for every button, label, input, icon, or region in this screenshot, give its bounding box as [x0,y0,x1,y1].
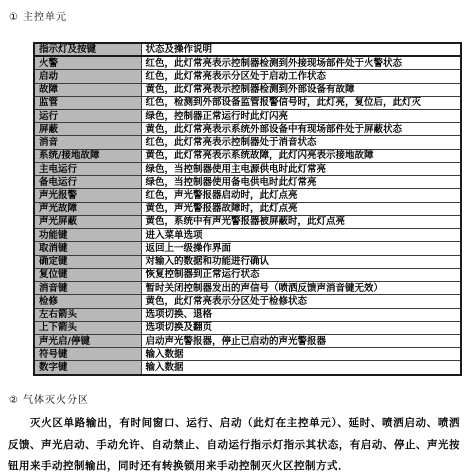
indicator-desc-cell: 绿色，控制器正常运行时此灯闪亮 [141,110,461,123]
section-title: 主控单元 [23,12,67,23]
table-row: 运行绿色，控制器正常运行时此灯闪亮 [34,110,461,123]
indicator-name-cell: 复位键 [34,268,141,281]
table-row: 声光启/停键启动声光警报器，停止已启动的声光警报器 [34,334,461,347]
table-row: 备电运行绿色，当控制器使用备电供电时此灯常亮 [34,176,461,189]
table-header-row: 指示灯及按键 状态及操作说明 [34,43,461,56]
table-row: 声光故障黄色，声光警报器故障时，此灯点亮 [34,202,461,215]
indicator-name-cell: 数字键 [34,361,141,375]
indicator-name-cell: 确定键 [34,255,141,268]
indicator-desc-cell: 恢复控制器到正常运行状态 [141,268,461,281]
table-row: 故障黄色，此灯常亮表示控制器检测到外部设备有故障 [34,83,461,96]
table-row: 功能键进入菜单选项 [34,229,461,242]
indicator-desc-cell: 黄色，此灯常亮表示控制器检测到外部设备有故障 [141,83,461,96]
table-row: 上下箭头选项切换及翻页 [34,321,461,334]
indicator-name-cell: 主电运行 [34,162,141,175]
indicator-name-cell: 火警 [34,56,141,70]
indicator-desc-cell: 黄色，此灯常亮表示系统外部设备中有现场部件处于屏蔽状态 [141,123,461,136]
indicator-name-cell: 声光故障 [34,202,141,215]
indicator-name-cell: 屏蔽 [34,123,141,136]
indicator-name-cell: 左右箭头 [34,308,141,321]
table-row: 左右箭头选项切换、退格 [34,308,461,321]
table-row: 符号键输入数据 [34,348,461,361]
section-title: 气体灭火分区 [23,395,89,406]
table-row: 确定键对输入的数据和功能进行确认 [34,255,461,268]
indicator-desc-cell: 启动声光警报器，停止已启动的声光警报器 [141,334,461,347]
table-row: 监管红色，检测到外部设备监管报警信号时，此灯亮，复位后，此灯灭 [34,96,461,109]
indicator-name-cell: 运行 [34,110,141,123]
circled-number-2-marker: ② [9,395,19,406]
indicator-desc-cell: 黄色，声光警报器故障时，此灯点亮 [141,202,461,215]
indicator-desc-cell: 对输入的数据和功能进行确认 [141,255,461,268]
indicator-name-cell: 监管 [34,96,141,109]
section-heading-gas-extinguishing-zone: ②气体灭火分区 [9,391,468,404]
indicator-name-cell: 取消键 [34,242,141,255]
table-row: 检修黄色，此灯常亮表示分区处于检修状态 [34,295,461,308]
column-header-status: 状态及操作说明 [141,43,461,56]
indicator-name-cell: 功能键 [34,229,141,242]
column-header-indicator: 指示灯及按键 [34,43,141,56]
indicator-name-cell: 启动 [34,70,141,83]
table-row: 火警红色，此灯常亮表示控制器检测到外接现场部件处于火警状态 [34,56,461,70]
table-row: 系统/接地故障黄色，此灯常亮表示系统故障，此灯闪亮表示接地故障 [34,149,461,162]
section-heading-main-control-unit: ①主控单元 [9,0,468,21]
table-row: 数字键输入数据 [34,361,461,375]
indicator-desc-cell: 黄色，此灯常亮表示系统故障，此灯闪亮表示接地故障 [141,149,461,162]
indicator-desc-cell: 红色，检测到外部设备监管报警信号时，此灯亮，复位后，此灯灭 [141,96,461,109]
indicator-name-cell: 消音键 [34,282,141,295]
indicator-name-cell: 检修 [34,295,141,308]
indicator-desc-cell: 返回上一级操作界面 [141,242,461,255]
table-row: 主电运行绿色，当控制器使用主电源供电时此灯常亮 [34,162,461,175]
indicator-name-cell: 声光屏蔽 [34,215,141,228]
indicator-name-cell: 声光报警 [34,189,141,202]
circled-number-1-marker: ① [9,12,19,23]
indicator-name-cell: 备电运行 [34,176,141,189]
table-row: 启动红色，此灯常亮表示分区处于启动工作状态 [34,70,461,83]
indicator-desc-cell: 绿色，当控制器使用备电供电时此灯常亮 [141,176,461,189]
indicator-desc-cell: 红色，此灯常亮表示分区处于启动工作状态 [141,70,461,83]
indicator-desc-cell: 红色，声光警报器启动时，此灯点亮 [141,189,461,202]
indicator-name-cell: 声光启/停键 [34,334,141,347]
indicator-desc-cell: 红色，此灯常亮表示控制器检测到外接现场部件处于火警状态 [141,56,461,70]
table-row: 声光报警红色，声光警报器启动时，此灯点亮 [34,189,461,202]
table-row: 声光屏蔽黄色，系统中有声光警报器被屏蔽时，此灯点亮 [34,215,461,228]
indicator-name-cell: 上下箭头 [34,321,141,334]
indicator-desc-cell: 黄色，此灯常亮表示分区处于检修状态 [141,295,461,308]
indicator-name-cell: 系统/接地故障 [34,149,141,162]
indicator-status-table: 指示灯及按键 状态及操作说明 火警红色，此灯常亮表示控制器检测到外接现场部件处于… [33,42,462,376]
indicator-desc-cell: 输入数据 [141,348,461,361]
indicator-desc-cell: 进入菜单选项 [141,229,461,242]
indicator-desc-cell: 输入数据 [141,361,461,375]
indicator-desc-cell: 暂时关闭控制器发出的声信号（喷洒反馈声消音键无效） [141,282,461,295]
table-row: 消音红色，此灯常亮表示控制器处于消音状态 [34,136,461,149]
table-row: 屏蔽黄色，此灯常亮表示系统外部设备中有现场部件处于屏蔽状态 [34,123,461,136]
gas-zone-description-paragraph: 灭火区单路输出，有时间窗口、运行、启动（此灯在主控单元）、延时、喷洒启动、喷洒反… [8,413,460,475]
indicator-name-cell: 消音 [34,136,141,149]
indicator-desc-cell: 选项切换及翻页 [141,321,461,334]
indicator-name-cell: 符号键 [34,348,141,361]
indicator-desc-cell: 绿色，当控制器使用主电源供电时此灯常亮 [141,162,461,175]
indicator-desc-cell: 选项切换、退格 [141,308,461,321]
indicator-desc-cell: 红色，此灯常亮表示控制器处于消音状态 [141,136,461,149]
indicator-name-cell: 故障 [34,83,141,96]
table-row: 复位键恢复控制器到正常运行状态 [34,268,461,281]
table-row: 取消键返回上一级操作界面 [34,242,461,255]
indicator-desc-cell: 黄色，系统中有声光警报器被屏蔽时，此灯点亮 [141,215,461,228]
table-row: 消音键暂时关闭控制器发出的声信号（喷洒反馈声消音键无效） [34,282,461,295]
